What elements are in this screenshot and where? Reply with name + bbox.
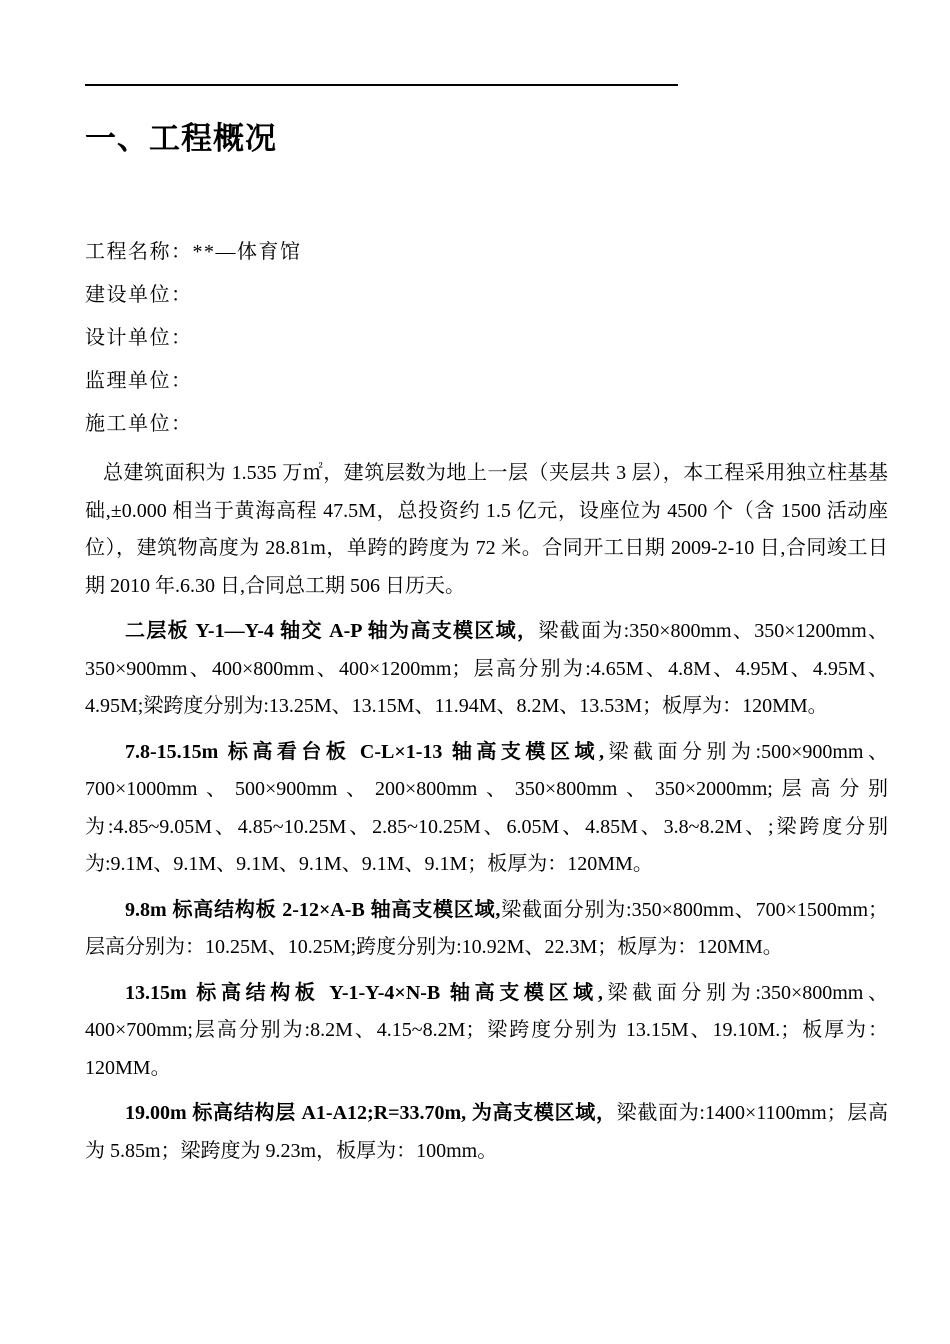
section-1-lead: 二层板 Y-1—Y-4 轴交 A-P 轴为高支模区域， — [125, 620, 538, 642]
section-paragraph-4: 13.15m 标高结构板 Y-1-Y-4×N-B 轴高支模区域,梁截面分别为:3… — [85, 975, 888, 1088]
section-paragraph-1: 二层板 Y-1—Y-4 轴交 A-P 轴为高支模区域，梁截面为:350×800m… — [85, 613, 888, 726]
info-line-project-name: 工程名称：**—体育馆 — [85, 240, 888, 264]
info-line-supervision-unit: 监理单位： — [85, 369, 888, 393]
page-title: 一、工程概况 — [85, 122, 888, 156]
header-divider — [85, 84, 678, 86]
project-info: 工程名称：**—体育馆 建设单位： 设计单位： 监理单位： 施工单位： — [85, 240, 888, 436]
section-paragraph-5: 19.00m 标高结构层 A1-A12;R=33.70m, 为高支模区域，梁截面… — [85, 1095, 888, 1170]
document-page: 一、工程概况 工程名称：**—体育馆 建设单位： 设计单位： 监理单位： 施工单… — [0, 0, 950, 1344]
section-paragraph-3: 9.8m 标高结构板 2-12×A-B 轴高支模区域,梁截面分别为:350×80… — [85, 892, 888, 967]
section-paragraph-2: 7.8-15.15m 标高看台板 C-L×1-13 轴高支模区域,梁截面分别为:… — [85, 734, 888, 884]
intro-paragraph: 总建筑面积为 1.535 万㎡，建筑层数为地上一层（夹层共 3 层），本工程采用… — [85, 455, 888, 605]
section-5-lead: 19.00m 标高结构层 A1-A12;R=33.70m, 为高支模区域， — [125, 1102, 617, 1124]
section-2-lead: 7.8-15.15m 标高看台板 C-L×1-13 轴高支模区域, — [125, 741, 604, 763]
info-line-design-unit: 设计单位： — [85, 326, 888, 350]
section-3-lead: 9.8m 标高结构板 2-12×A-B 轴高支模区域, — [125, 899, 500, 921]
section-4-lead: 13.15m 标高结构板 Y-1-Y-4×N-B 轴高支模区域, — [125, 982, 603, 1004]
info-line-construction-owner: 建设单位： — [85, 283, 888, 307]
info-line-contractor-unit: 施工单位： — [85, 412, 888, 436]
